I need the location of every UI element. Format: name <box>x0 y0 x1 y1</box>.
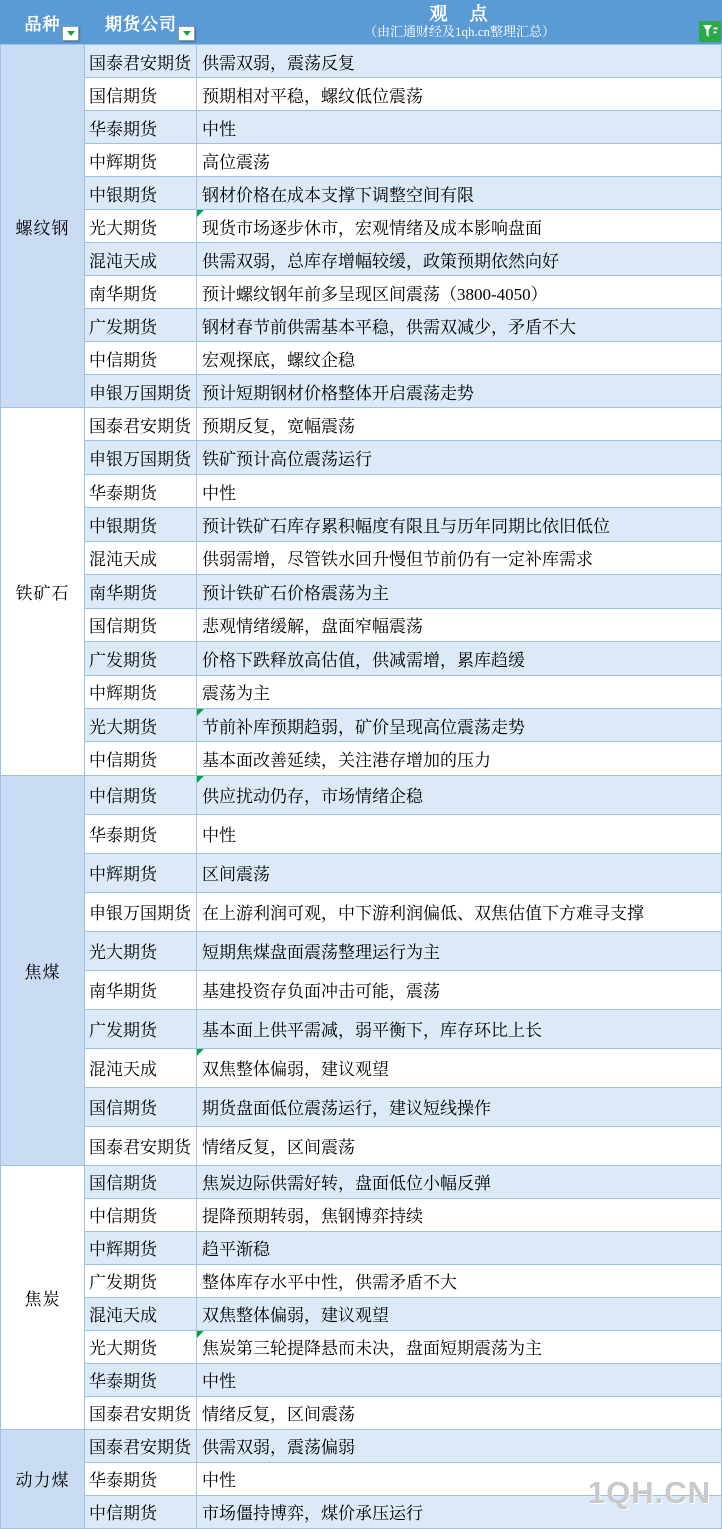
company-cell: 光大期货 <box>85 932 197 970</box>
company-cell: 华泰期货 <box>85 475 197 507</box>
view-cell: 基建投资存负面冲击可能，震荡 <box>197 971 722 1009</box>
view-cell: 供应扰动仍存，市场情绪企稳 <box>197 776 722 814</box>
view-cell: 预计短期钢材价格整体开启震荡走势 <box>197 375 722 407</box>
view-cell: 市场僵持博弈，煤价承压运行 <box>197 1496 722 1528</box>
view-cell: 现货市场逐步休市，宏观情绪及成本影响盘面 <box>197 210 722 242</box>
table-row: 国泰君安期货 预期反复，宽幅震荡 <box>85 408 722 441</box>
table-body: 螺纹钢 国泰君安期货 供需双弱，震荡反复 国信期货 预期相对平稳，螺纹低位震荡 … <box>0 45 722 1529</box>
company-cell: 申银万国期货 <box>85 441 197 473</box>
group-rows: 国泰君安期货 预期反复，宽幅震荡 申银万国期货 铁矿预计高位震荡运行 华泰期货 … <box>85 408 722 776</box>
view-cell: 情绪反复，区间震荡 <box>197 1127 722 1165</box>
table-row: 广发期货 钢材春节前供需基本平稳，供需双减少，矛盾不大 <box>85 309 722 342</box>
view-cell: 中性 <box>197 111 722 143</box>
variety-cell: 焦煤 <box>0 776 85 1166</box>
table-row: 华泰期货 中性 <box>85 475 722 508</box>
variety-group: 焦炭 国信期货 焦炭边际供需好转，盘面低位小幅反弹 中信期货 提降预期转弱，焦钢… <box>0 1166 722 1430</box>
company-cell: 南华期货 <box>85 276 197 308</box>
view-column-title: 观 点 <box>430 4 490 25</box>
table-row: 光大期货 节前补库预期趋弱，矿价呈现高位震荡走势 <box>85 709 722 742</box>
view-cell: 期货盘面低位震荡运行，建议短线操作 <box>197 1088 722 1126</box>
view-column-subtitle: （由汇通财经及1qh.cn整理汇总） <box>364 25 555 40</box>
futures-views-table: 品种 期货公司 观 点 （由汇通财经及1qh.cn整理汇总） 螺纹钢 国 <box>0 0 722 1529</box>
table-row: 混沌天成 供弱需增，尽管铁水回升慢但节前仍有一定补库需求 <box>85 542 722 575</box>
table-row: 光大期货 焦炭第三轮提降悬而未决，盘面短期震荡为主 <box>85 1331 722 1364</box>
table-row: 光大期货 短期焦煤盘面震荡整理运行为主 <box>85 932 722 971</box>
company-cell: 光大期货 <box>85 210 197 242</box>
variety-group: 动力煤 国泰君安期货 供需双弱，震荡偏弱 华泰期货 中性 中信期货 市场僵持博弈… <box>0 1430 722 1529</box>
table-row: 中信期货 提降预期转弱，焦钢博弈持续 <box>85 1199 722 1232</box>
table-row: 广发期货 整体库存水平中性，供需矛盾不大 <box>85 1265 722 1298</box>
view-cell: 震荡为主 <box>197 676 722 708</box>
table-row: 国泰君安期货 情绪反复，区间震荡 <box>85 1397 722 1430</box>
funnel-icon <box>702 24 718 39</box>
filter-dropdown-icon <box>183 31 191 36</box>
group-rows: 中信期货 供应扰动仍存，市场情绪企稳 华泰期货 中性 中辉期货 区间震荡 申银万… <box>85 776 722 1166</box>
company-cell: 国信期货 <box>85 1166 197 1198</box>
table-row: 国信期货 焦炭边际供需好转，盘面低位小幅反弹 <box>85 1166 722 1199</box>
table-row: 申银万国期货 铁矿预计高位震荡运行 <box>85 441 722 474</box>
variety-group: 铁矿石 国泰君安期货 预期反复，宽幅震荡 申银万国期货 铁矿预计高位震荡运行 华… <box>0 408 722 776</box>
group-rows: 国信期货 焦炭边际供需好转，盘面低位小幅反弹 中信期货 提降预期转弱，焦钢博弈持… <box>85 1166 722 1430</box>
header-cell-company: 期货公司 <box>85 0 197 44</box>
company-cell: 中信期货 <box>85 742 197 774</box>
table-row: 南华期货 预计铁矿石价格震荡为主 <box>85 575 722 608</box>
company-cell: 光大期货 <box>85 1331 197 1363</box>
view-cell: 供弱需增，尽管铁水回升慢但节前仍有一定补库需求 <box>197 542 722 574</box>
variety-cell: 焦炭 <box>0 1166 85 1430</box>
view-cell: 悲观情绪缓解，盘面窄幅震荡 <box>197 609 722 641</box>
table-row: 国泰君安期货 供需双弱，震荡偏弱 <box>85 1430 722 1463</box>
comment-marker-icon <box>197 709 204 716</box>
comment-marker-icon <box>197 1331 204 1338</box>
company-cell: 南华期货 <box>85 575 197 607</box>
company-cell: 光大期货 <box>85 709 197 741</box>
table-row: 国信期货 预期相对平稳，螺纹低位震荡 <box>85 78 722 111</box>
company-cell: 广发期货 <box>85 1010 197 1048</box>
company-cell: 混沌天成 <box>85 1298 197 1330</box>
company-cell: 混沌天成 <box>85 542 197 574</box>
group-rows: 国泰君安期货 供需双弱，震荡偏弱 华泰期货 中性 中信期货 市场僵持博弈，煤价承… <box>85 1430 722 1529</box>
table-row: 广发期货 价格下跌释放高估值，供减需增，累库趋缓 <box>85 642 722 675</box>
view-cell: 短期焦煤盘面震荡整理运行为主 <box>197 932 722 970</box>
table-row: 南华期货 预计螺纹钢年前多呈现区间震荡（3800-4050） <box>85 276 722 309</box>
table-row: 中辉期货 区间震荡 <box>85 854 722 893</box>
table-row: 混沌天成 供需双弱，总库存增幅较缓，政策预期依然向好 <box>85 243 722 276</box>
table-row: 国信期货 期货盘面低位震荡运行，建议短线操作 <box>85 1088 722 1127</box>
table-row: 中信期货 宏观探底，螺纹企稳 <box>85 342 722 375</box>
group-rows: 国泰君安期货 供需双弱，震荡反复 国信期货 预期相对平稳，螺纹低位震荡 华泰期货… <box>85 45 722 408</box>
company-cell: 中辉期货 <box>85 144 197 176</box>
company-cell: 申银万国期货 <box>85 893 197 931</box>
table-row: 华泰期货 中性 <box>85 111 722 144</box>
view-cell: 双焦整体偏弱，建议观望 <box>197 1298 722 1330</box>
variety-cell: 铁矿石 <box>0 408 85 776</box>
variety-cell: 螺纹钢 <box>0 45 85 408</box>
company-cell: 广发期货 <box>85 309 197 341</box>
sheet-filter-button[interactable] <box>699 21 721 42</box>
view-cell: 节前补库预期趋弱，矿价呈现高位震荡走势 <box>197 709 722 741</box>
view-cell: 供需双弱，震荡偏弱 <box>197 1430 722 1462</box>
company-cell: 南华期货 <box>85 971 197 1009</box>
company-cell: 国泰君安期货 <box>85 1430 197 1462</box>
company-cell: 国泰君安期货 <box>85 1397 197 1429</box>
variety-column-label: 品种 <box>25 10 61 35</box>
view-cell: 预计铁矿石价格震荡为主 <box>197 575 722 607</box>
table-row: 国泰君安期货 情绪反复，区间震荡 <box>85 1127 722 1166</box>
company-cell: 国泰君安期货 <box>85 1127 197 1165</box>
company-cell: 华泰期货 <box>85 815 197 853</box>
table-row: 华泰期货 中性 <box>85 1364 722 1397</box>
table-row: 混沌天成 双焦整体偏弱，建议观望 <box>85 1298 722 1331</box>
company-cell: 国泰君安期货 <box>85 45 197 77</box>
company-cell: 申银万国期货 <box>85 375 197 407</box>
table-row: 光大期货 现货市场逐步休市，宏观情绪及成本影响盘面 <box>85 210 722 243</box>
table-row: 中信期货 市场僵持博弈，煤价承压运行 <box>85 1496 722 1529</box>
view-cell: 焦炭边际供需好转，盘面低位小幅反弹 <box>197 1166 722 1198</box>
view-cell: 铁矿预计高位震荡运行 <box>197 441 722 473</box>
company-cell: 国信期货 <box>85 78 197 110</box>
company-cell: 华泰期货 <box>85 111 197 143</box>
table-row: 申银万国期货 在上游利润可观，中下游利润偏低、双焦估值下方难寻支撑 <box>85 893 722 932</box>
variety-group: 焦煤 中信期货 供应扰动仍存，市场情绪企稳 华泰期货 中性 中辉期货 区间震荡 … <box>0 776 722 1166</box>
view-cell: 中性 <box>197 815 722 853</box>
company-cell: 中信期货 <box>85 342 197 374</box>
view-cell: 基本面改善延续，关注港存增加的压力 <box>197 742 722 774</box>
company-cell: 混沌天成 <box>85 1049 197 1087</box>
table-row: 申银万国期货 预计短期钢材价格整体开启震荡走势 <box>85 375 722 408</box>
comment-marker-icon <box>197 210 204 217</box>
table-row: 中银期货 预计铁矿石库存累积幅度有限且与历年同期比依旧低位 <box>85 508 722 541</box>
view-cell: 在上游利润可观，中下游利润偏低、双焦估值下方难寻支撑 <box>197 893 722 931</box>
table-row: 中辉期货 高位震荡 <box>85 144 722 177</box>
header-cell-view: 观 点 （由汇通财经及1qh.cn整理汇总） <box>197 0 722 44</box>
table-row: 中信期货 基本面改善延续，关注港存增加的压力 <box>85 742 722 775</box>
view-cell: 中性 <box>197 475 722 507</box>
table-row: 中信期货 供应扰动仍存，市场情绪企稳 <box>85 776 722 815</box>
company-cell: 华泰期货 <box>85 1463 197 1495</box>
filter-dropdown-icon <box>67 31 75 36</box>
table-row: 国信期货 悲观情绪缓解，盘面窄幅震荡 <box>85 609 722 642</box>
table-row: 中银期货 钢材价格在成本支撑下调整空间有限 <box>85 177 722 210</box>
view-cell: 提降预期转弱，焦钢博弈持续 <box>197 1199 722 1231</box>
view-cell: 焦炭第三轮提降悬而未决，盘面短期震荡为主 <box>197 1331 722 1363</box>
table-row: 中辉期货 震荡为主 <box>85 676 722 709</box>
company-cell: 广发期货 <box>85 642 197 674</box>
variety-cell: 动力煤 <box>0 1430 85 1529</box>
table-header: 品种 期货公司 观 点 （由汇通财经及1qh.cn整理汇总） <box>0 0 722 45</box>
table-row: 国泰君安期货 供需双弱，震荡反复 <box>85 45 722 78</box>
company-cell: 广发期货 <box>85 1265 197 1297</box>
table-row: 混沌天成 双焦整体偏弱，建议观望 <box>85 1049 722 1088</box>
view-cell: 价格下跌释放高估值，供减需增，累库趋缓 <box>197 642 722 674</box>
view-cell: 基本面上供平需减，弱平衡下，库存环比上长 <box>197 1010 722 1048</box>
view-cell: 宏观探底，螺纹企稳 <box>197 342 722 374</box>
view-cell: 高位震荡 <box>197 144 722 176</box>
variety-group: 螺纹钢 国泰君安期货 供需双弱，震荡反复 国信期货 预期相对平稳，螺纹低位震荡 … <box>0 45 722 408</box>
company-cell: 中辉期货 <box>85 1232 197 1264</box>
view-cell: 中性 <box>197 1463 722 1495</box>
comment-marker-icon <box>197 776 204 783</box>
view-cell: 预期相对平稳，螺纹低位震荡 <box>197 78 722 110</box>
view-cell: 趋平渐稳 <box>197 1232 722 1264</box>
table-row: 中辉期货 趋平渐稳 <box>85 1232 722 1265</box>
company-cell: 中辉期货 <box>85 854 197 892</box>
company-cell: 中银期货 <box>85 177 197 209</box>
company-cell: 华泰期货 <box>85 1364 197 1396</box>
view-cell: 双焦整体偏弱，建议观望 <box>197 1049 722 1087</box>
view-cell: 整体库存水平中性，供需矛盾不大 <box>197 1265 722 1297</box>
company-cell: 国信期货 <box>85 1088 197 1126</box>
table-row: 华泰期货 中性 <box>85 815 722 854</box>
view-cell: 区间震荡 <box>197 854 722 892</box>
company-cell: 国泰君安期货 <box>85 408 197 440</box>
view-cell: 情绪反复，区间震荡 <box>197 1397 722 1429</box>
company-cell: 国信期货 <box>85 609 197 641</box>
variety-filter-button[interactable] <box>62 26 79 41</box>
company-cell: 中辉期货 <box>85 676 197 708</box>
view-cell: 预计螺纹钢年前多呈现区间震荡（3800-4050） <box>197 276 722 308</box>
company-cell: 中银期货 <box>85 508 197 540</box>
view-cell: 中性 <box>197 1364 722 1396</box>
table-row: 南华期货 基建投资存负面冲击可能，震荡 <box>85 971 722 1010</box>
view-cell: 钢材价格在成本支撑下调整空间有限 <box>197 177 722 209</box>
company-column-label: 期货公司 <box>105 10 177 35</box>
company-cell: 混沌天成 <box>85 243 197 275</box>
header-cell-variety: 品种 <box>0 0 85 44</box>
view-cell: 供需双弱，总库存增幅较缓，政策预期依然向好 <box>197 243 722 275</box>
comment-marker-icon <box>197 1049 204 1056</box>
table-row: 广发期货 基本面上供平需减，弱平衡下，库存环比上长 <box>85 1010 722 1049</box>
view-cell: 预期反复，宽幅震荡 <box>197 408 722 440</box>
view-cell: 预计铁矿石库存累积幅度有限且与历年同期比依旧低位 <box>197 508 722 540</box>
company-cell: 中信期货 <box>85 776 197 814</box>
company-cell: 中信期货 <box>85 1496 197 1528</box>
table-row: 华泰期货 中性 <box>85 1463 722 1496</box>
company-filter-button[interactable] <box>178 26 195 41</box>
view-cell: 供需双弱，震荡反复 <box>197 45 722 77</box>
view-cell: 钢材春节前供需基本平稳，供需双减少，矛盾不大 <box>197 309 722 341</box>
company-cell: 中信期货 <box>85 1199 197 1231</box>
